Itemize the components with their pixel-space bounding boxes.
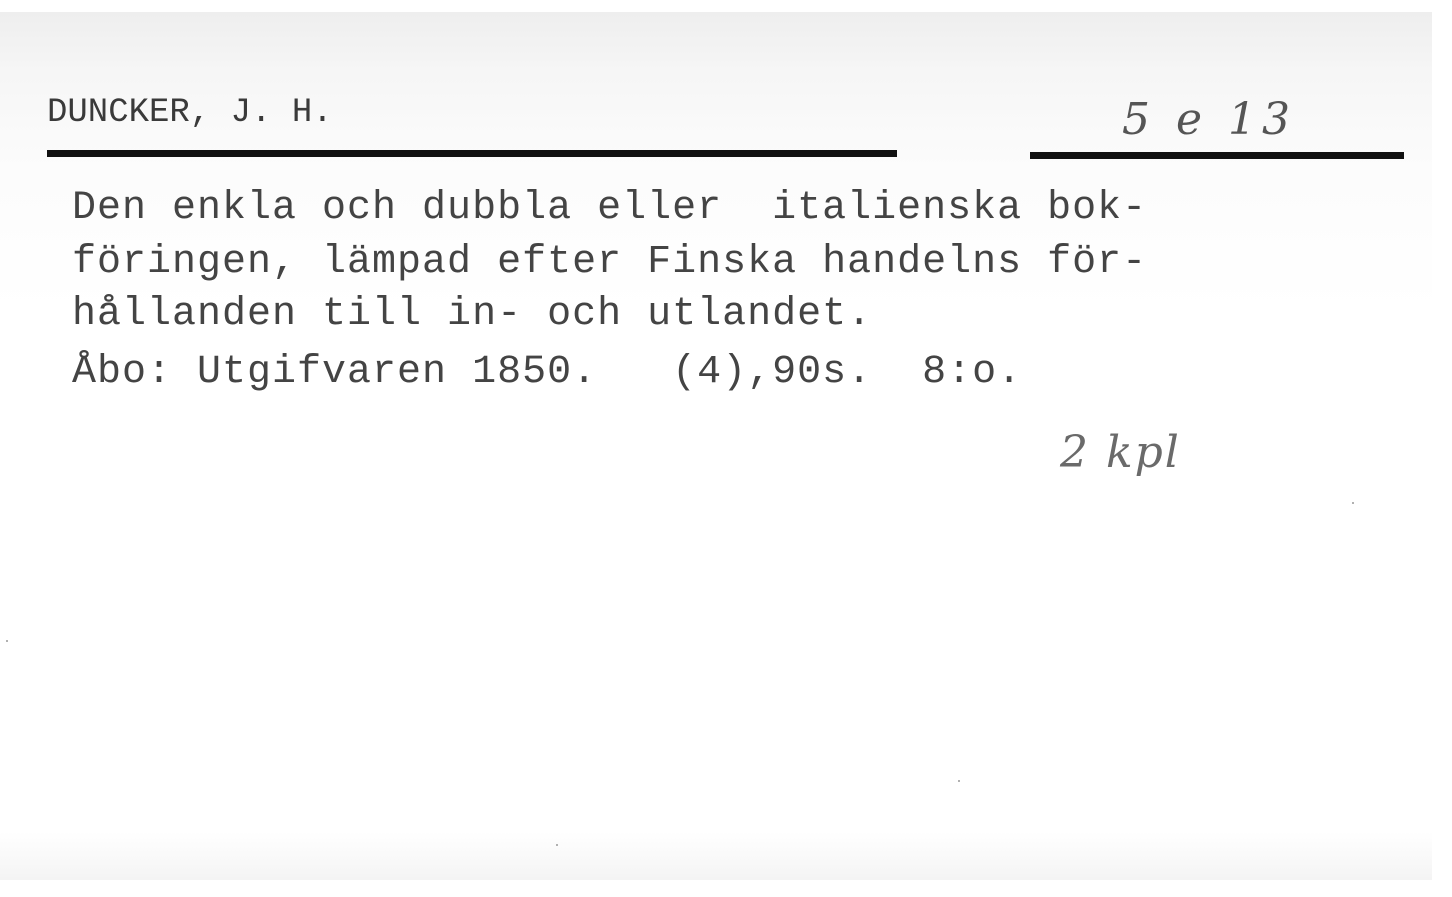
- copies-note: 2 kpl: [1060, 427, 1181, 478]
- author-heading: DUNCKER, J. H.: [47, 94, 333, 132]
- paper-speck: [6, 640, 8, 642]
- title-line-1: Den enkla och dubbla eller italienska bo…: [72, 186, 1147, 231]
- catalog-card: DUNCKER, J. H. 5 e 13 Den enkla och dubb…: [0, 12, 1432, 880]
- imprint-line: Åbo: Utgifvaren 1850. (4),90s. 8:o.: [72, 350, 1022, 395]
- shelfmark: 5 e 13: [1122, 94, 1296, 145]
- title-line-3: hållanden till in- och utlandet.: [72, 292, 872, 337]
- paper-speck: [958, 780, 960, 782]
- paper-speck: [1352, 502, 1354, 504]
- shelfmark-underline: [1030, 152, 1404, 159]
- heading-underline: [47, 150, 897, 157]
- paper-speck: [556, 844, 558, 846]
- title-line-2: föringen, lämpad efter Finska handelns f…: [72, 240, 1147, 285]
